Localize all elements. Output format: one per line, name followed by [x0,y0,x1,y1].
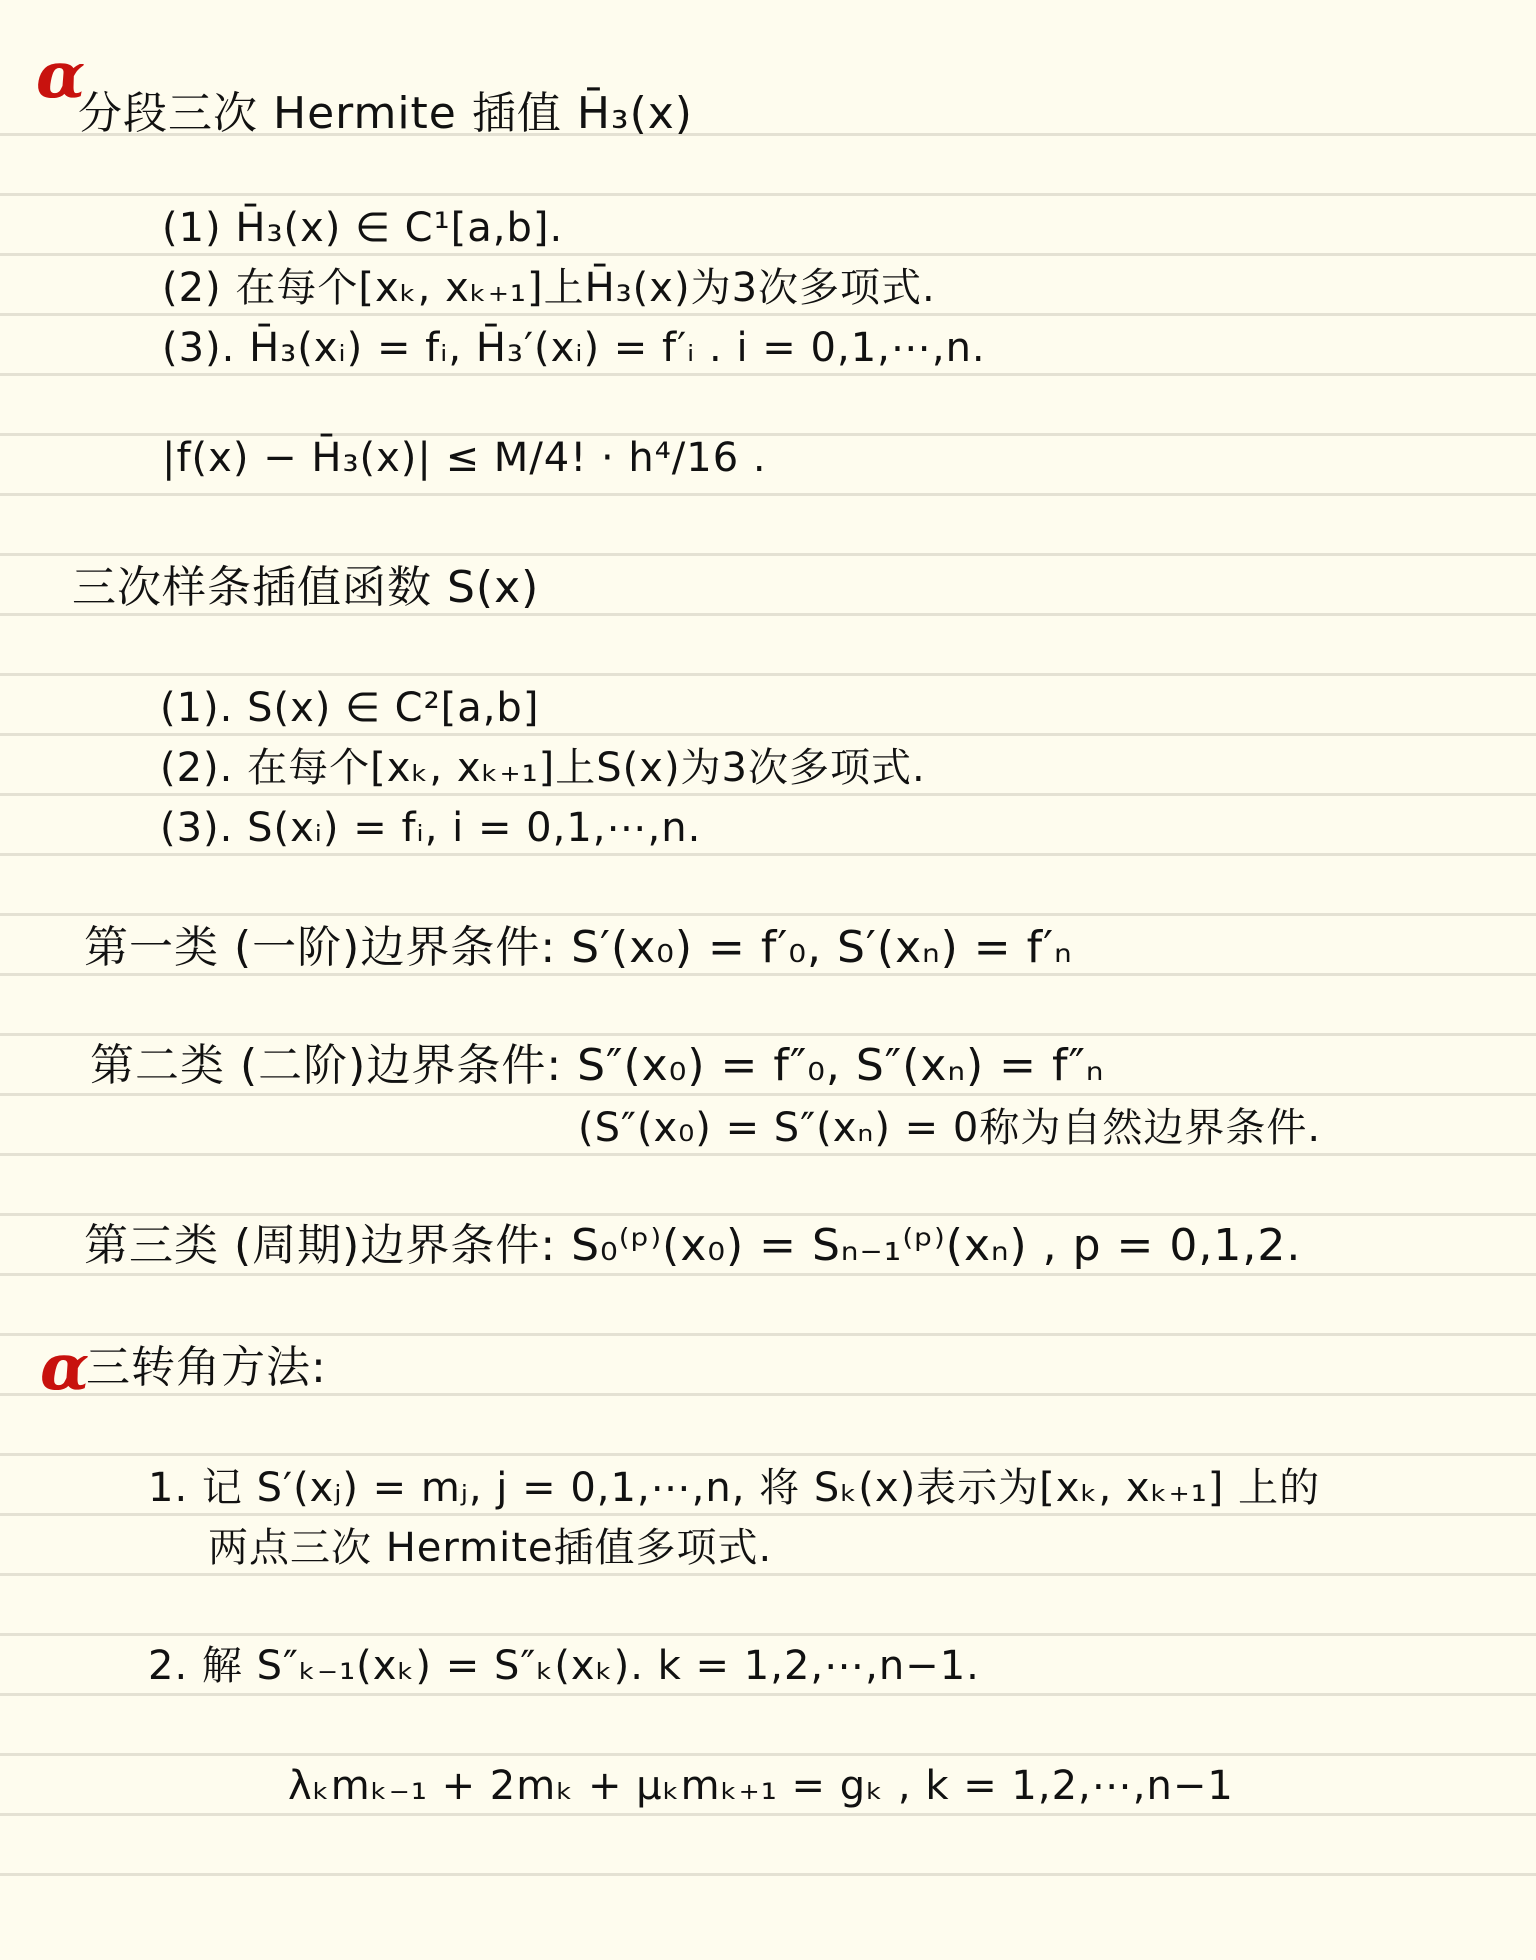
hermite-property-2: (2) 在每个[xₖ, xₖ₊₁]上H̄₃(x)为3次多项式. [162,258,936,318]
section-heading-hermite: 分段三次 Hermite 插值 H̄₃(x) [78,84,693,144]
boundary-condition-first-kind: 第一类 (一阶)边界条件: S′(x₀) = f′₀, S′(xₙ) = f′ₙ [84,918,1073,978]
hermite-error-bound: |f(x) − H̄₃(x)| ≤ M/4! · h⁴/16 . [162,428,767,488]
section-heading-slope-method: 三转角方法: [86,1338,327,1398]
ruled-line [0,1873,1536,1876]
natural-boundary-note: (S″(x₀) = S″(xₙ) = 0称为自然边界条件. [578,1098,1321,1158]
boundary-condition-second-kind: 第二类 (二阶)边界条件: S″(x₀) = f″₀, S″(xₙ) = f″ₙ [90,1036,1104,1096]
ruled-line [0,493,1536,496]
spline-property-1: (1). S(x) ∈ C²[a,b] [160,678,539,738]
section-heading-spline: 三次样条插值函数 S(x) [72,558,539,618]
boundary-condition-third-kind: 第三类 (周期)边界条件: S₀⁽ᵖ⁾(x₀) = Sₙ₋₁⁽ᵖ⁾(xₙ) , … [84,1216,1301,1276]
ruled-line [0,553,1536,556]
ruled-line [0,193,1536,196]
ruled-line [0,913,1536,916]
hermite-property-3: (3). H̄₃(xᵢ) = fᵢ, H̄₃′(xᵢ) = f′ᵢ . i = … [162,318,986,378]
spline-property-2: (2). 在每个[xₖ, xₖ₊₁]上S(x)为3次多项式. [160,738,926,798]
hermite-property-1: (1) H̄₃(x) ∈ C¹[a,b]. [162,198,563,258]
ruled-line [0,1453,1536,1456]
step-2: 2. 解 S″ₖ₋₁(xₖ) = S″ₖ(xₖ). k = 1,2,⋯,n−1. [148,1636,980,1696]
ruled-line [0,673,1536,676]
ruled-line [0,1333,1536,1336]
tridiagonal-equation: λₖmₖ₋₁ + 2mₖ + μₖmₖ₊₁ = gₖ , k = 1,2,⋯,n… [288,1756,1234,1816]
step-1: 1. 记 S′(xⱼ) = mⱼ, j = 0,1,⋯,n, 将 Sₖ(x)表示… [148,1458,1320,1518]
alpha-marker-icon: α [40,1336,89,1400]
spline-property-3: (3). S(xᵢ) = fᵢ, i = 0,1,⋯,n. [160,798,701,858]
step-1-continued: 两点三次 Hermite插值多项式. [208,1518,772,1578]
